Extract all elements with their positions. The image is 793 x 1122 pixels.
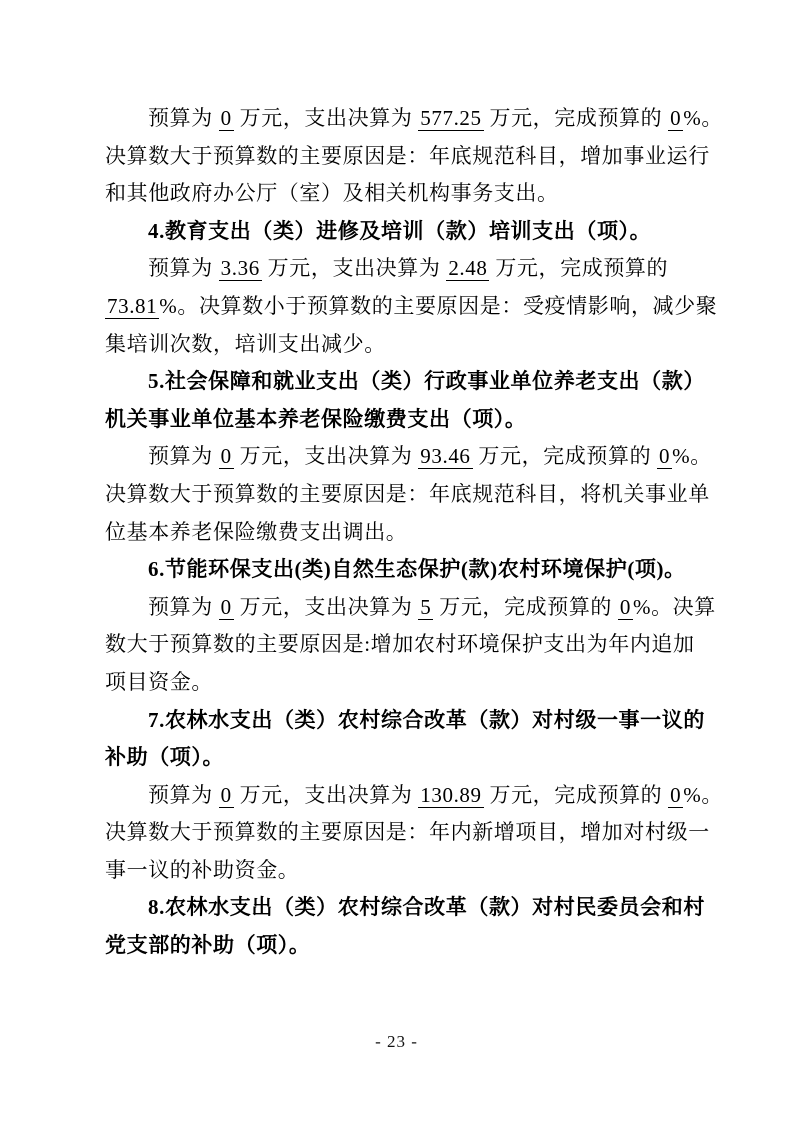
text-run: 万元，完成预算的 [484,106,669,130]
paragraph-line: 事一议的补助资金。 [105,852,697,890]
text-run: 万元，支出决算为 [234,595,419,619]
text-run: 预算为 [148,106,219,130]
paragraph-line: 预算为 3.36 万元，支出决算为 2.48 万元，完成预算的 [105,250,697,288]
text-run: 7.农林水支出（类）农村综合改革（款）对村级一事一议的 [148,708,705,732]
paragraph-line: 73.81%。决算数小于预算数的主要原因是：受疫情影响，减少聚 [105,288,697,326]
text-run: 数大于预算数的主要原因是:增加农村环境保护支出为年内追加 [105,632,695,656]
section-heading-line: 7.农林水支出（类）农村综合改革（款）对村级一事一议的 [105,702,697,740]
underlined-value: 0 [219,444,234,469]
text-run: 4.教育支出（类）进修及培训（款）培训支出（项）。 [148,219,651,243]
paragraph-line: 位基本养老保险缴费支出调出。 [105,514,697,552]
text-run: 决算数大于预算数的主要原因是：年内新增项目，增加对村级一 [105,820,710,844]
text-run: 预算为 [148,595,219,619]
underlined-value: 3.36 [219,256,262,281]
text-run: 机关事业单位基本养老保险缴费支出（项）。 [105,407,527,431]
text-run: 万元，支出决算为 [234,106,419,130]
section-heading-line: 6.节能环保支出(类)自然生态保护(款)农村环境保护(项)。 [105,551,697,589]
text-run: 补助（项）。 [105,745,224,769]
underlined-value: 0 [668,783,683,808]
paragraph-line: 决算数大于预算数的主要原因是：年底规范科目，增加事业运行 [105,138,697,176]
text-run: 决算数大于预算数的主要原因是：年底规范科目，将机关事业单 [105,482,710,506]
section-heading-line: 4.教育支出（类）进修及培训（款）培训支出（项）。 [105,213,697,251]
paragraph-line: 项目资金。 [105,664,697,702]
text-run: 项目资金。 [105,670,213,694]
underlined-value: 0 [668,106,683,131]
section-heading-line: 机关事业单位基本养老保险缴费支出（项）。 [105,401,697,439]
text-run: 决算数大于预算数的主要原因是：年底规范科目，增加事业运行 [105,144,710,168]
text-run: 党支部的补助（项）。 [105,933,311,957]
section-heading-line: 补助（项）。 [105,739,697,777]
section-heading-line: 党支部的补助（项）。 [105,927,697,965]
text-run: 5.社会保障和就业支出（类）行政事业单位养老支出（款） [148,369,705,393]
section-heading-line: 8.农林水支出（类）农村综合改革（款）对村民委员会和村 [105,889,697,927]
underlined-value: 73.81 [105,294,159,319]
text-run: 万元，完成预算的 [484,783,669,807]
underlined-value: 2.48 [446,256,489,281]
underlined-value: 5 [418,595,433,620]
paragraph-line: 决算数大于预算数的主要原因是：年内新增项目，增加对村级一 [105,814,697,852]
text-run: 预算为 [148,783,219,807]
underlined-value: 0 [618,595,633,620]
text-run: %。 [683,783,723,807]
underlined-value: 0 [657,444,672,469]
underlined-value: 0 [219,106,234,131]
paragraph-line: 预算为 0 万元，支出决算为 5 万元，完成预算的 0%。决算 [105,589,697,627]
text-run: 万元，完成预算的 [489,256,668,280]
paragraph-line: 预算为 0 万元，支出决算为 577.25 万元，完成预算的 0%。 [105,100,697,138]
section-heading-line: 5.社会保障和就业支出（类）行政事业单位养老支出（款） [105,363,697,401]
document-content: 预算为 0 万元，支出决算为 577.25 万元，完成预算的 0%。决算数大于预… [105,100,697,965]
text-run: 预算为 [148,444,219,468]
document-page: 预算为 0 万元，支出决算为 577.25 万元，完成预算的 0%。决算数大于预… [0,0,793,1122]
text-run: %。 [672,444,712,468]
text-run: 事一议的补助资金。 [105,858,299,882]
paragraph-line: 数大于预算数的主要原因是:增加农村环境保护支出为年内追加 [105,626,697,664]
paragraph-line: 预算为 0 万元，支出决算为 130.89 万元，完成预算的 0%。 [105,777,697,815]
text-run: %。 [683,106,723,130]
underlined-value: 0 [219,595,234,620]
underlined-value: 93.46 [418,444,472,469]
paragraph-line: 集培训次数，培训支出减少。 [105,326,697,364]
underlined-value: 130.89 [418,783,483,808]
text-run: 万元，支出决算为 [234,444,419,468]
page-number: - 23 - [0,1032,793,1052]
paragraph-line: 和其他政府办公厅（室）及相关机构事务支出。 [105,175,697,213]
text-run: 万元，完成预算的 [433,595,618,619]
paragraph-line: 预算为 0 万元，支出决算为 93.46 万元，完成预算的 0%。 [105,438,697,476]
underlined-value: 577.25 [418,106,483,131]
text-run: 万元，支出决算为 [234,783,419,807]
text-run: 和其他政府办公厅（室）及相关机构事务支出。 [105,181,559,205]
text-run: 集培训次数，培训支出减少。 [105,332,386,356]
text-run: %。决算数小于预算数的主要原因是：受疫情影响，减少聚 [159,294,717,318]
text-run: %。决算 [633,595,716,619]
text-run: 位基本养老保险缴费支出调出。 [105,520,407,544]
text-run: 预算为 [148,256,219,280]
text-run: 6.节能环保支出(类)自然生态保护(款)农村环境保护(项)。 [148,557,686,581]
text-run: 8.农林水支出（类）农村综合改革（款）对村民委员会和村 [148,895,705,919]
text-run: 万元，支出决算为 [262,256,447,280]
paragraph-line: 决算数大于预算数的主要原因是：年底规范科目，将机关事业单 [105,476,697,514]
text-run: 万元，完成预算的 [473,444,658,468]
underlined-value: 0 [219,783,234,808]
